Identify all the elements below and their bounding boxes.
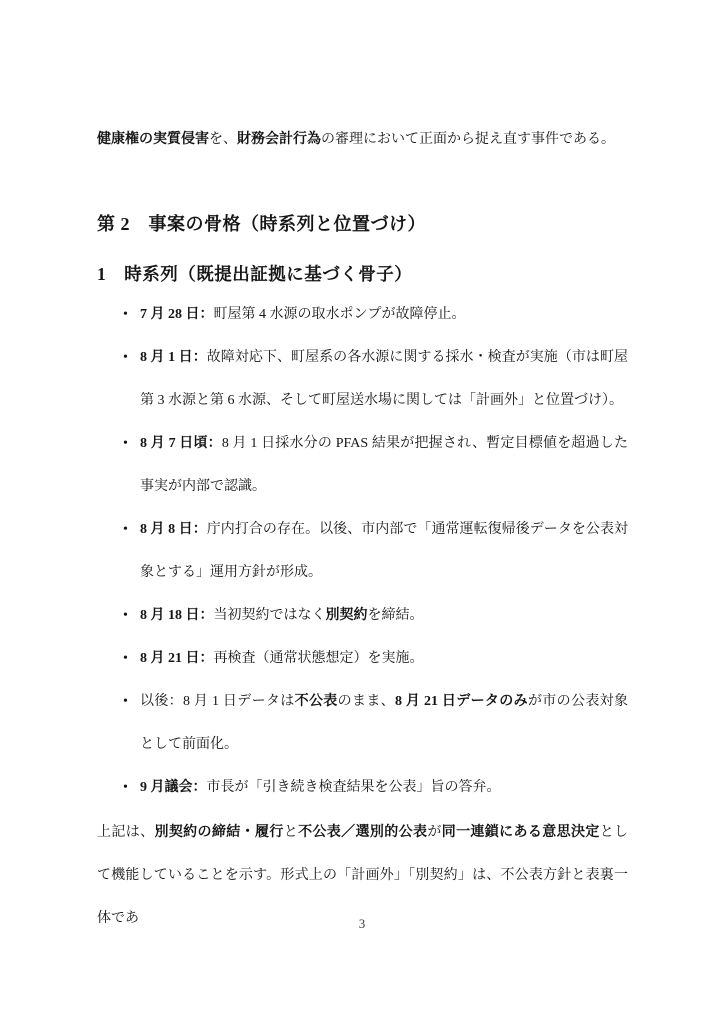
body-text: 故障対応下、町屋系の各水源に関する採水・検査が実施（市は町屋第 3 水源と第 6…	[140, 350, 628, 408]
subsection-heading: 1 時系列（既提出証拠に基づく骨子）	[97, 261, 628, 287]
timeline-item: 9 月議会：市長が「引き続き検査結果を公表」旨の答弁。	[140, 766, 628, 809]
body-text: 庁内打合の存在。以後、市内部で「通常運転復帰後データを公表対象とする」運用方針が…	[140, 522, 628, 580]
emphasis-text: 不公表	[295, 694, 338, 709]
timeline-item: 7 月 28 日：町屋第 4 水源の取水ポンプが故障停止。	[140, 293, 628, 336]
emphasis-text: 財務会計行為	[237, 132, 321, 147]
emphasis-text: 8 月 8 日：	[140, 522, 207, 537]
intro-paragraph: 健康権の実質侵害を、財務会計行為の審理において正面から捉え直す事件である。	[97, 129, 628, 150]
timeline-item: 8 月 1 日：故障対応下、町屋系の各水源に関する採水・検査が実施（市は町屋第 …	[140, 336, 628, 422]
body-text: を締結。	[368, 608, 424, 623]
body-text: が	[427, 825, 441, 840]
timeline-item: 以後：8 月 1 日データは不公表のまま、8 月 21 日データのみが市の公表対…	[140, 680, 628, 766]
emphasis-text: 7 月 28 日：	[140, 307, 214, 322]
body-text: 当初契約ではなく	[214, 608, 326, 623]
body-text: 上記は、	[97, 825, 154, 840]
emphasis-text: 8 月 21 日：	[140, 651, 214, 666]
emphasis-text: 別契約	[326, 608, 368, 623]
body-text: のまま、	[338, 694, 395, 709]
emphasis-text: 健康権の実質侵害	[97, 132, 209, 147]
emphasis-text: 別契約の締結・履行	[154, 825, 283, 840]
section-heading: 第 2 事案の骨格（時系列と位置づけ）	[97, 211, 628, 237]
document-page: 健康権の実質侵害を、財務会計行為の審理において正面から捉え直す事件である。 第 …	[0, 0, 724, 1024]
timeline-item: 8 月 18 日：当初契約ではなく別契約を締結。	[140, 594, 628, 637]
body-text: と	[284, 825, 298, 840]
body-text: として機能していることを示す。形式上の「計画外」「別契約」は、不公表方針と表裏一…	[97, 825, 628, 926]
timeline-list: 7 月 28 日：町屋第 4 水源の取水ポンプが故障停止。8 月 1 日：故障対…	[97, 293, 628, 809]
body-text: 市長が「引き続き検査結果を公表」旨の答弁。	[207, 780, 501, 795]
body-text: 再検査（通常状態想定）を実施。	[214, 651, 424, 666]
timeline-item: 8 月 8 日：庁内打合の存在。以後、市内部で「通常運転復帰後データを公表対象と…	[140, 508, 628, 594]
emphasis-text: 8 月 21 日データのみ	[395, 694, 528, 709]
emphasis-text: 同一連鎖にある意思決定	[442, 825, 600, 840]
emphasis-text: 8 月 7 日頃：	[140, 436, 222, 451]
emphasis-text: 不公表／選別的公表	[298, 825, 427, 840]
emphasis-text: 9 月議会：	[140, 780, 207, 795]
emphasis-text: 8 月 1 日：	[140, 350, 207, 365]
body-text: 以後：8 月 1 日データは	[140, 694, 295, 709]
body-text: を、	[209, 132, 237, 147]
body-text: の審理において正面から捉え直す事件である。	[321, 132, 615, 147]
page-number: 3	[0, 916, 724, 932]
body-text: 町屋第 4 水源の取水ポンプが故障停止。	[214, 307, 466, 322]
emphasis-text: 8 月 18 日：	[140, 608, 214, 623]
timeline-item: 8 月 21 日：再検査（通常状態想定）を実施。	[140, 637, 628, 680]
timeline-item: 8 月 7 日頃：8 月 1 日採水分の PFAS 結果が把握され、暫定目標値を…	[140, 422, 628, 508]
